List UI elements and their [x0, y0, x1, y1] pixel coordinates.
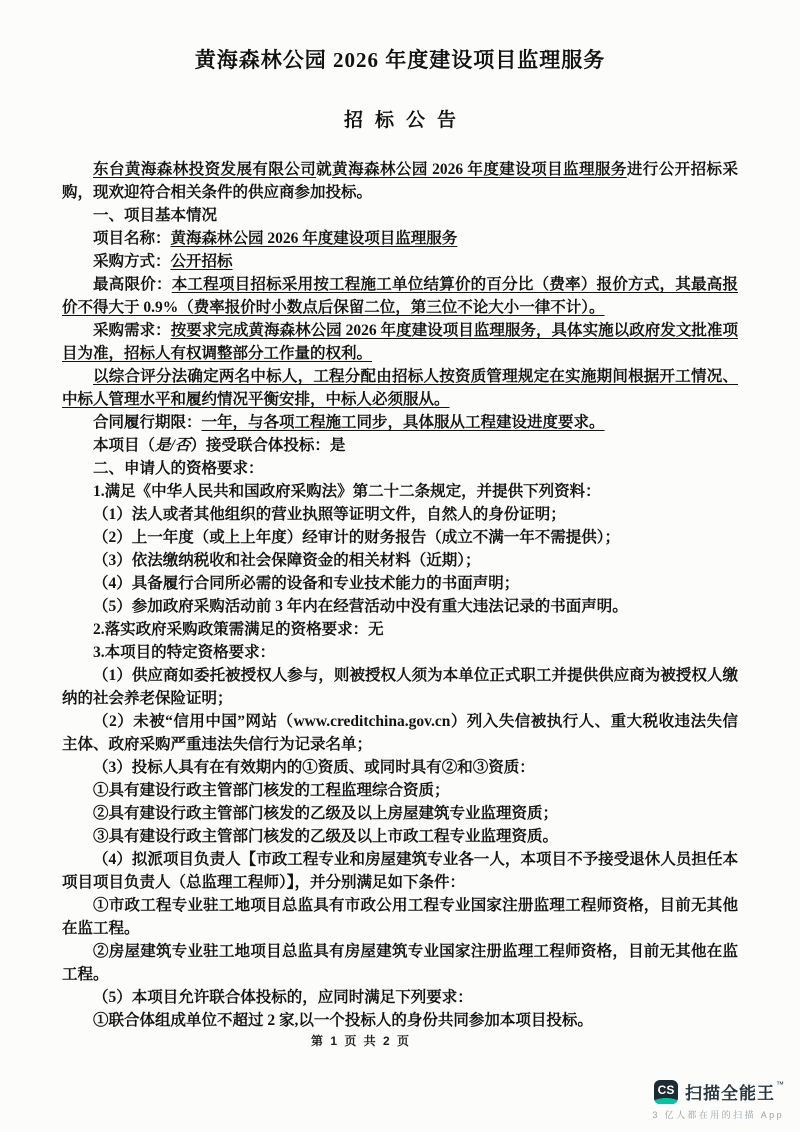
section-heading: 一、项目基本情况: [62, 204, 738, 227]
camscanner-logo-icon: CS: [654, 1080, 678, 1104]
paragraph: 合同履行期限：一年，与各项工程施工同步，具体服从工程建设进度要求。: [62, 411, 738, 434]
text-run: 东台黄海森林投资发展有限公司: [93, 161, 316, 178]
document-subtitle: 招标公告: [0, 74, 800, 132]
camscanner-app-name: 扫描全能王: [685, 1079, 775, 1104]
paragraph: ②具有建设行政主管部门核发的乙级及以上房屋建筑专业监理资质；: [62, 802, 738, 825]
paragraph: ①联合体组成单位不超过 2 家,以一个投标人的身份共同参加本项目投标。: [62, 1009, 738, 1032]
paragraph: （4）拟派项目负责人【市政工程专业和房屋建筑专业各一人，本项目不予接受退休人员担…: [62, 848, 738, 894]
paragraph: （3）依法缴纳税收和社会保障资金的相关材料（近期）；: [62, 549, 738, 572]
text-run: ③具有建设行政主管部门核发的乙级及以上市政工程专业监理资质。: [93, 828, 558, 845]
text-run: 黄海森林公园 2026 年度建设项目监理服务: [332, 161, 627, 178]
text-run: 公开招标: [171, 253, 233, 270]
paragraph: （2）上一年度（或上上年度）经审计的财务报告（成立不满一年不需提供）；: [62, 526, 738, 549]
text-run: （1）法人或者其他组织的营业执照等证明文件，自然人的身份证明；: [93, 506, 566, 523]
text-run: ①具有建设行政主管部门核发的工程监理综合资质；: [93, 782, 450, 799]
scanned-document-page: 黄海森林公园 2026 年度建设项目监理服务 招标公告 东台黄海森林投资发展有限…: [0, 0, 800, 1132]
paragraph: （5）本项目允许联合体投标的，应同时满足下列要求：: [62, 986, 738, 1009]
paragraph: （4）具备履行合同所必需的设备和专业技术能力的书面声明；: [62, 572, 738, 595]
text-run: 1.满足《中华人民共和国政府采购法》第二十二条规定，并提供下列资料：: [93, 483, 601, 500]
text-run: 二、申请人的资格要求：: [93, 460, 264, 477]
paragraph: 最高限价：本工程项目招标采用按工程施工单位结算价的百分比（费率）报价方式，其最高…: [62, 273, 738, 319]
camscanner-watermark: CS 扫描全能王 ™ 3 亿人都在用的扫描 App: [652, 1079, 784, 1121]
text-run: （5）参加政府采购活动前 3 年内在经营活动中没有重大违法记录的书面声明。: [93, 598, 628, 615]
camscanner-tagline: 3 亿人都在用的扫描 App: [652, 1108, 784, 1121]
text-run: ①联合体组成单位不超过 2 家,以一个投标人的身份共同参加本项目投标。: [93, 1012, 593, 1029]
camscanner-logo-letters: CS: [658, 1083, 675, 1097]
text-run: （2）上一年度（或上上年度）经审计的财务报告（成立不满一年不需提供）；: [93, 529, 620, 546]
text-run: ）接受联合体投标：是: [190, 437, 345, 454]
text-run: 合同履行期限：: [93, 414, 202, 431]
text-run: 就: [316, 161, 332, 178]
text-run: 采购需求：: [93, 322, 171, 339]
paragraph: （2）未被“信用中国”网站（www.creditchina.gov.cn）列入失…: [62, 710, 738, 756]
text-run: 最高限价：: [93, 276, 172, 293]
page-number: 第 1 页 共 2 页: [0, 1032, 722, 1049]
text-run: （4）具备履行合同所必需的设备和专业技术能力的书面声明；: [93, 575, 519, 592]
text-run: （4）拟派项目负责人【市政工程专业和房屋建筑专业各一人，本项目不予接受退休人员担…: [62, 851, 738, 891]
paragraph: 东台黄海森林投资发展有限公司就黄海森林公园 2026 年度建设项目监理服务进行公…: [62, 158, 738, 204]
paragraph: 本项目（是/否）接受联合体投标：是: [62, 434, 738, 457]
text-run: 一年，与各项工程施工同步，具体服从工程建设进度要求。: [202, 414, 605, 431]
text-run: （3）依法缴纳税收和社会保障资金的相关材料（近期）；: [93, 552, 481, 569]
paragraph: （3）投标人具有在有效期内的①资质、或同时具有②和③资质：: [62, 756, 738, 779]
paragraph: ②房屋建筑专业驻工地项目总监具有房屋建筑专业国家注册监理工程师资格，目前无其他在…: [62, 940, 738, 986]
paragraph: 项目名称：黄海森林公园 2026 年度建设项目监理服务: [62, 227, 738, 250]
paragraph: （1）法人或者其他组织的营业执照等证明文件，自然人的身份证明；: [62, 503, 738, 526]
paragraph: 1.满足《中华人民共和国政府采购法》第二十二条规定，并提供下列资料：: [62, 480, 738, 503]
text-run: （5）本项目允许联合体投标的，应同时满足下列要求：: [93, 989, 473, 1006]
text-run: （3）投标人具有在有效期内的①资质、或同时具有②和③资质：: [93, 759, 535, 776]
paragraph: （1）供应商如委托被授权人参与，则被授权人须为本单位正式职工并提供供应商为被授权…: [62, 664, 738, 710]
paragraph: 2.落实政府采购政策需满足的资格要求：无: [62, 618, 738, 641]
text-run: ②房屋建筑专业驻工地项目总监具有房屋建筑专业国家注册监理工程师资格，目前无其他在…: [62, 943, 738, 983]
paragraph: ①市政工程专业驻工地项目总监具有市政公用工程专业国家注册监理工程师资格，目前无其…: [62, 894, 738, 940]
paragraph: （5）参加政府采购活动前 3 年内在经营活动中没有重大违法记录的书面声明。: [62, 595, 738, 618]
section-heading: 二、申请人的资格要求：: [62, 457, 738, 480]
paragraph: 3.本项目的特定资格要求：: [62, 641, 738, 664]
text-run: 黄海森林公园 2026 年度建设项目监理服务: [171, 230, 458, 247]
document-body: 东台黄海森林投资发展有限公司就黄海森林公园 2026 年度建设项目监理服务进行公…: [0, 158, 800, 1032]
paragraph: ③具有建设行政主管部门核发的乙级及以上市政工程专业监理资质。: [62, 825, 738, 848]
camscanner-watermark-row: CS 扫描全能王 ™: [652, 1079, 784, 1104]
text-run: （2）未被“信用中国”网站（www.creditchina.gov.cn）列入失…: [62, 713, 738, 753]
text-run: 2.落实政府采购政策需满足的资格要求：无: [93, 621, 384, 638]
text-run: 本项目（: [93, 437, 155, 454]
paragraph: 以综合评分法确定两名中标人，工程分配由招标人按资质管理规定在实施期间根据开工情况…: [62, 365, 738, 411]
text-run: 3.本项目的特定资格要求：: [93, 644, 275, 661]
trademark-symbol: ™: [776, 1080, 784, 1089]
text-run: 采购方式：: [93, 253, 171, 270]
paragraph: ①具有建设行政主管部门核发的工程监理综合资质；: [62, 779, 738, 802]
text-run: 以综合评分法确定两名中标人，工程分配由招标人按资质管理规定在实施期间根据开工情况…: [62, 368, 738, 408]
text-run: 一、项目基本情况: [93, 207, 217, 224]
text-run: ②具有建设行政主管部门核发的乙级及以上房屋建筑专业监理资质；: [93, 805, 558, 822]
paragraph: 采购需求：按要求完成黄海森林公园 2026 年度建设项目监理服务，具体实施以政府…: [62, 319, 738, 365]
text-run: 是/否: [155, 437, 190, 454]
paragraph: 采购方式：公开招标: [62, 250, 738, 273]
text-run: 项目名称：: [93, 230, 171, 247]
text-run: （1）供应商如委托被授权人参与，则被授权人须为本单位正式职工并提供供应商为被授权…: [62, 667, 738, 707]
document-title: 黄海森林公园 2026 年度建设项目监理服务: [0, 0, 800, 74]
text-run: ①市政工程专业驻工地项目总监具有市政公用工程专业国家注册监理工程师资格，目前无其…: [62, 897, 738, 937]
